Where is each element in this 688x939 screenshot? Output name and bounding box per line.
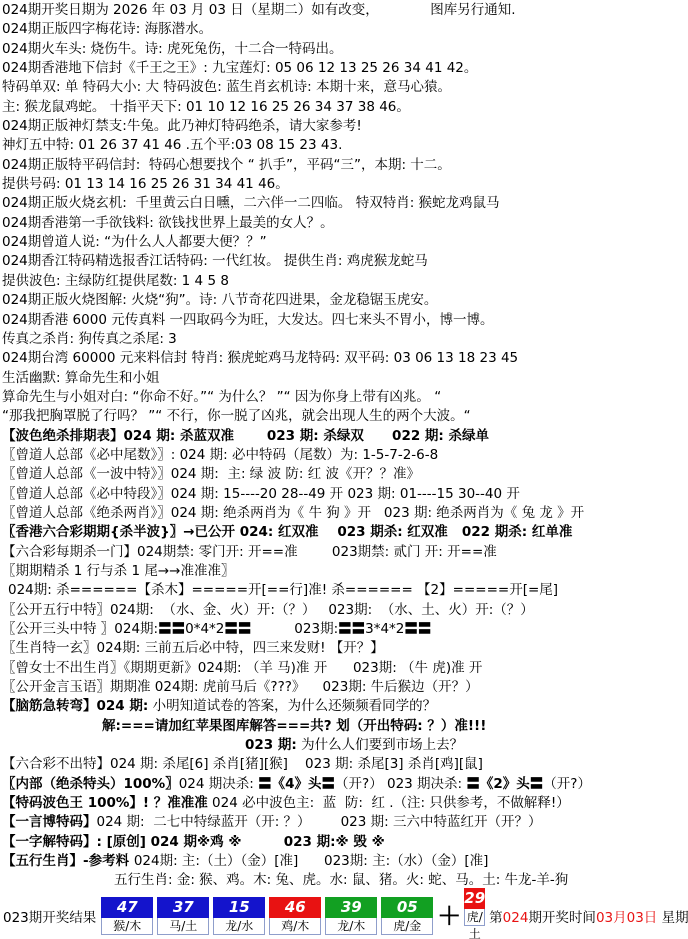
text-segment: 〓〓 — [404, 621, 431, 637]
text-segment: 024期正版火烧图解: 火烧“狗”。诗: 八节奇花四进果，金龙稳锯玉虎安。 — [2, 292, 437, 308]
text-segment: 024期香江特码精选报香江话特码: 一代红妆。 提供生肖: 鸡虎猴龙蛇马 — [2, 253, 428, 269]
text-segment: 【六合彩每期杀一门】024期禁: 零门开: 开==准 023期禁: 贰门 开: … — [2, 544, 497, 560]
ball-number: 47 — [101, 897, 153, 918]
text-line: 024期香港第一手欲钱料: 欲钱找世界上最美的女人？。 — [2, 214, 688, 233]
text-segment: 〖曾道人总部《绝杀两肖》〗024 期: 绝杀两肖为《 牛 狗 》开 023 期:… — [2, 505, 584, 521]
text-line: 024期正版火烧玄机: 千里黄云白日曛，二六伴一二四临。 特双特肖: 猴蛇龙鸡鼠… — [2, 194, 688, 213]
text-segment: 024 期决杀: — [179, 776, 258, 792]
text-segment: 〖公开金言玉语〗期期准 024期: 虎前马后《???》 023期: 牛后猴边（开… — [2, 679, 479, 695]
ball-zodiac-element: 鸡/木 — [269, 918, 321, 935]
text-line: 024期正版火烧图解: 火烧“狗”。诗: 八节奇花四进果，金龙稳锯玉虎安。 — [2, 291, 688, 310]
text-line: 024期: 杀======【杀木】=====开[==行]准! 杀====== 【… — [2, 581, 688, 600]
result-ball: 37马/土 — [157, 897, 209, 935]
text-line: 〖曾女士不出生肖〗《期期更新》024期: （羊 马)准 开 023期: （牛 虎… — [2, 659, 688, 678]
content-lines: 024期开奖日期为 2026 年 03 月 03 日（星期二）如有改变， 图库另… — [0, 0, 688, 891]
text-segment: 〖生肖特一玄〗024期: 三前五后必中特，四三来发财! 【开？】 — [2, 640, 384, 656]
special-ball-slot: 29虎/土 — [464, 888, 485, 939]
text-segment: 〖曾道人总部《必中尾数》〗: 024 期: 必中特码（尾数）为: 1-5-7-2… — [2, 447, 438, 463]
text-segment: 023 期: — [245, 737, 297, 753]
next-draw-segment: 星期二 — [657, 910, 688, 926]
text-line: 〖内部（绝杀特头）100%〗024 期决杀: 〓《4》头〓（开?） 023 期决… — [2, 775, 688, 794]
text-segment: 〓〓 — [338, 621, 365, 637]
text-line: 生活幽默: 算命先生和小姐 — [2, 369, 688, 388]
text-line: 024期香江特码精选报香江话特码: 一代红妆。 提供生肖: 鸡虎猴龙蛇马 — [2, 252, 688, 271]
text-segment: 生活幽默: 算命先生和小姐 — [2, 370, 159, 386]
text-segment: 024期香港地下信封《千王之王》: 九宝莲灯: 05 06 12 13 25 2… — [2, 60, 477, 76]
text-line: “那我把胸罩脱了行吗？ ”“ 不行，你一脱了凶兆，就会出现人生的两个大波。“ — [2, 407, 688, 426]
results-bar: 023期开奖结果 47猴/木37马/土15龙/水46鸡/木39龙/木05虎/金 … — [0, 893, 688, 939]
text-line: 〖期期精杀 1 行与杀 1 尾→→准准准〗 — [2, 562, 688, 581]
next-draw-segment: 03月03日 — [596, 910, 657, 926]
result-ball: 47猴/木 — [101, 897, 153, 935]
text-segment: 〓〓 — [224, 621, 251, 637]
text-segment: 〖曾女士不出生肖〗《期期更新》024期: （羊 马)准 开 023期: （牛 虎… — [2, 660, 482, 676]
text-line: 【一言博特码】024 期: 二七中特绿蓝开（开: ？） 023 期: 三六中特蓝… — [2, 813, 688, 832]
text-line: 算命先生与小姐对白: “你命不好。”“ 为什么？ ”“ 因为你身上带有凶兆。 “ — [2, 388, 688, 407]
text-line: 〖公开五行中特〗024期: （水、金、火）开:（？） 023期: （水、土、火）… — [2, 601, 688, 620]
text-segment: 024期正版四字梅花诗: 海豚潜水。 — [2, 21, 212, 37]
text-segment: 【一字解特码】: [原创] 024 期※鸡 ※ 023 期:※ 毁 ※ — [2, 834, 385, 850]
text-segment: 023期: — [251, 621, 338, 637]
text-segment: 〖曾道人总部《一波中特》〗024 期: 主: 绿 波 防: 红 波《开？？准》 — [2, 466, 420, 482]
text-line: 024期曾道人说: “为什么人人都要大便？？” — [2, 233, 688, 252]
text-line: 〖公开三头中特 〗024期:〓〓0*4*2〓〓 023期:〓〓3*4*2〓〓 — [2, 620, 688, 639]
text-segment: 024期火车头: 烧伤牛。诗: 虎死兔伤，十二合一特码出。 — [2, 41, 342, 57]
text-segment: 算命先生与小姐对白: “你命不好。”“ 为什么？ ”“ 因为你身上带有凶兆。 “ — [2, 389, 441, 405]
text-segment: 024: 红双准 023 期杀: 红双准 022 期杀: 红单准 — [240, 524, 573, 540]
text-line: 024期台湾 60000 元来料信封 特肖: 猴虎蛇鸡马龙特码: 双平码: 03… — [2, 349, 688, 368]
result-ball: 05虎/金 — [381, 897, 433, 935]
text-line: 【五行生肖】-参考料 024期: 主:（土）（金）[准] 023期: 主:（水）… — [2, 852, 688, 871]
text-segment: 3*4*2 — [365, 621, 404, 637]
next-draw-segment: 024 — [503, 910, 529, 926]
text-line: 024期开奖日期为 2026 年 03 月 03 日（星期二）如有改变， 图库另… — [2, 1, 688, 20]
text-segment: 024期正版火烧玄机: 千里黄云白日曛，二六伴一二四临。 特双特肖: 猴蛇龙鸡鼠… — [2, 195, 500, 211]
text-line: 024期正版四字梅花诗: 海豚潜水。 — [2, 20, 688, 39]
text-line: 〖香港六合彩期期{杀半波}〗→已公开 024: 红双准 023 期杀: 红双准 … — [2, 523, 688, 542]
text-line: 【六合彩每期杀一门】024期禁: 零门开: 开==准 023期禁: 贰门 开: … — [2, 543, 688, 562]
text-line: 五行生肖: 金: 猴、鸡。木: 兔、虎。水: 鼠、猪。火: 蛇、马。土: 牛龙-… — [2, 871, 688, 890]
text-segment: 〖香港六合彩期期{杀半波}〗→已公开 — [2, 524, 240, 540]
text-segment: 024 必中波色主: 蓝 防: 红 .（注: 只供参考，不做解释!） — [208, 795, 570, 811]
text-line: 提供号码: 01 13 14 16 25 26 31 34 41 46。 — [2, 175, 688, 194]
text-segment: 特码单双: 单 特码大小: 大 特码波色: 蓝生肖玄机诗: 本期十来，意马心猿。 — [2, 79, 451, 95]
text-segment: 传真之杀肖: 狗传真之杀尾: 3 — [2, 331, 177, 347]
text-line: 〖曾道人总部《必中特段》〗024 期: 15----20 28--49 开 02… — [2, 485, 688, 504]
text-line: 024期火车头: 烧伤牛。诗: 虎死兔伤，十二合一特码出。 — [2, 40, 688, 59]
text-segment: 【脑筋急转弯】024 期: — [2, 698, 148, 714]
text-segment: 神灯五中特: 01 26 37 41 46 .五个平:03 08 15 23 4… — [2, 137, 342, 153]
ball-number: 15 — [213, 897, 265, 918]
text-segment: 【特码波色王 100%】! ？准准准 — [2, 795, 208, 811]
text-line: 主: 猴龙鼠鸡蛇。 十指平天下: 01 10 12 16 25 26 34 37… — [2, 98, 688, 117]
text-segment: 〖内部（绝杀特头）100%〗 — [2, 776, 179, 792]
text-line: 特码单双: 单 特码大小: 大 特码波色: 蓝生肖玄机诗: 本期十来，意马心猿。 — [2, 78, 688, 97]
text-segment: （开?） 023 期决杀: — [335, 776, 466, 792]
text-segment: 小明知道试卷的答案，为什么还频频看同学的？ — [148, 698, 436, 714]
plus-sign: ＋ — [437, 896, 461, 931]
text-line: 024期正版特平码信封: 特码心想要找个 “ 扒手”，平码“三”，本期: 十二。 — [2, 156, 688, 175]
text-segment: 024期香港 6000 元传真料 一四取码今为旺，大发达。四七来头不胃小，博一博… — [2, 312, 494, 328]
text-segment: 024期: 主:（土）（金）[准] 023期: 主:（水）（金）[准] — [134, 853, 489, 869]
text-line: 【一字解特码】: [原创] 024 期※鸡 ※ 023 期:※ 毁 ※ — [2, 833, 688, 852]
text-line: 【特码波色王 100%】! ？准准准 024 必中波色主: 蓝 防: 红 .（注… — [2, 794, 688, 813]
next-draw-info: 第024期开奖时间03月03日 星期二21:30 — [489, 906, 688, 926]
text-segment: 024期香港第一手欲钱料: 欲钱找世界上最美的女人？。 — [2, 215, 334, 231]
text-segment: 024期曾道人说: “为什么人人都要大便？？” — [2, 234, 267, 250]
text-segment: 五行生肖: 金: 猴、鸡。木: 兔、虎。水: 鼠、猪。火: 蛇、马。土: 牛龙-… — [114, 872, 568, 888]
text-segment: 〓《2》头〓 — [466, 776, 543, 792]
text-segment: 提供波色: 主绿防红提供尾数: 1 4 5 8 — [2, 273, 229, 289]
text-segment: 024 期: 二七中特绿蓝开（开: ？） 023 期: 三六中特蓝红开（开？） — [97, 814, 542, 830]
ball-zodiac-element: 虎/土 — [464, 909, 485, 926]
text-segment: 解:===请加红苹果图库解答===共? 划（开出特码: ？）准!!! — [102, 718, 486, 734]
text-line: 【脑筋急转弯】024 期: 小明知道试卷的答案，为什么还频频看同学的？ — [2, 697, 688, 716]
text-segment: 〖公开三头中特 〗024期: — [2, 621, 158, 637]
text-segment: 024期正版神灯禁支:牛兔。此乃神灯特码绝杀，请大家参考! — [2, 118, 362, 134]
text-segment: 024期: 杀======【杀木】=====开[==行]准! 杀====== 【… — [8, 582, 558, 598]
result-balls: 47猴/木37马/土15龙/水46鸡/木39龙/木05虎/金 — [101, 897, 437, 935]
text-line: 024期香港 6000 元传真料 一四取码今为旺，大发达。四七来头不胃小，博一博… — [2, 311, 688, 330]
text-segment: 〓〓 — [158, 621, 185, 637]
text-segment: 为什么人们要到市场上去？ — [297, 737, 463, 753]
ball-zodiac-element: 龙/水 — [213, 918, 265, 935]
text-line: 〖曾道人总部《必中尾数》〗: 024 期: 必中特码（尾数）为: 1-5-7-2… — [2, 446, 688, 465]
text-line: 024期香港地下信封《千王之王》: 九宝莲灯: 05 06 12 13 25 2… — [2, 59, 688, 78]
ball-zodiac-element: 虎/金 — [381, 918, 433, 935]
text-segment: 【五行生肖】-参考料 — [2, 853, 134, 869]
ball-number: 29 — [464, 888, 485, 909]
text-line: 〖生肖特一玄〗024期: 三前五后必中特，四三来发财! 【开？】 — [2, 639, 688, 658]
text-line: 024期正版神灯禁支:牛兔。此乃神灯特码绝杀，请大家参考! — [2, 117, 688, 136]
ball-number: 46 — [269, 897, 321, 918]
text-segment: 〖期期精杀 1 行与杀 1 尾→→准准准〗 — [2, 563, 234, 579]
text-segment: 〖公开五行中特〗024期: （水、金、火）开:（？） 023期: （水、土、火）… — [2, 602, 534, 618]
text-line: 传真之杀肖: 狗传真之杀尾: 3 — [2, 330, 688, 349]
ball-zodiac-element: 龙/木 — [325, 918, 377, 935]
next-draw-segment: 期开奖时间 — [528, 910, 596, 926]
text-segment: 提供号码: 01 13 14 16 25 26 31 34 41 46。 — [2, 176, 289, 192]
text-line: 〖曾道人总部《一波中特》〗024 期: 主: 绿 波 防: 红 波《开？？准》 — [2, 465, 688, 484]
text-line: 023 期: 为什么人们要到市场上去？ — [2, 736, 688, 755]
text-segment: 【六合彩不出特】024 期: 杀尾[6] 杀肖[猪][猴] 023 期: 杀尾[… — [2, 756, 483, 772]
text-line: 〖公开金言玉语〗期期准 024期: 虎前马后《???》 023期: 牛后猴边（开… — [2, 678, 688, 697]
text-segment: 024期正版特平码信封: 特码心想要找个 “ 扒手”，平码“三”，本期: 十二。 — [2, 157, 451, 173]
text-segment: 024期开奖日期为 2026 年 03 月 03 日（星期二）如有改变， 图库另… — [2, 2, 516, 18]
ball-zodiac-element: 猴/木 — [101, 918, 153, 935]
lottery-tipsheet-page: 024期开奖日期为 2026 年 03 月 03 日（星期二）如有改变， 图库另… — [0, 0, 688, 939]
ball-number: 05 — [381, 897, 433, 918]
text-line: 【波色绝杀排期表】024 期: 杀蓝双准 023 期: 杀绿双 022 期: 杀… — [2, 427, 688, 446]
ball-number: 39 — [325, 897, 377, 918]
text-line: 〖曾道人总部《绝杀两肖》〗024 期: 绝杀两肖为《 牛 狗 》开 023 期:… — [2, 504, 688, 523]
ball-number: 37 — [157, 897, 209, 918]
text-segment: 主: 猴龙鼠鸡蛇。 十指平天下: 01 10 12 16 25 26 34 37… — [2, 99, 410, 115]
text-line: 神灯五中特: 01 26 37 41 46 .五个平:03 08 15 23 4… — [2, 136, 688, 155]
text-segment: 〖曾道人总部《必中特段》〗024 期: 15----20 28--49 开 02… — [2, 486, 520, 502]
text-line: 提供波色: 主绿防红提供尾数: 1 4 5 8 — [2, 272, 688, 291]
next-draw-segment: 第 — [489, 910, 503, 926]
text-segment: 024期台湾 60000 元来料信封 特肖: 猴虎蛇鸡马龙特码: 双平码: 03… — [2, 350, 518, 366]
results-label: 023期开奖结果 — [3, 906, 96, 926]
text-segment: 〓《4》头〓 — [258, 776, 335, 792]
text-segment: （开?） — [543, 776, 591, 792]
result-ball: 15龙/水 — [213, 897, 265, 935]
text-segment: 【波色绝杀排期表】024 期: 杀蓝双准 023 期: 杀绿双 022 期: 杀… — [2, 428, 489, 444]
text-line: 解:===请加红苹果图库解答===共? 划（开出特码: ？）准!!! — [2, 717, 688, 736]
text-segment: 【一言博特码】 — [2, 814, 97, 830]
ball-zodiac-element: 马/土 — [157, 918, 209, 935]
text-segment: “那我把胸罩脱了行吗？ ”“ 不行，你一脱了凶兆，就会出现人生的两个大波。“ — [2, 408, 471, 424]
result-ball: 29虎/土 — [464, 888, 485, 926]
text-segment: 0*4*2 — [185, 621, 224, 637]
text-line: 【六合彩不出特】024 期: 杀尾[6] 杀肖[猪][猴] 023 期: 杀尾[… — [2, 755, 688, 774]
result-ball: 39龙/木 — [325, 897, 377, 935]
result-ball: 46鸡/木 — [269, 897, 321, 935]
